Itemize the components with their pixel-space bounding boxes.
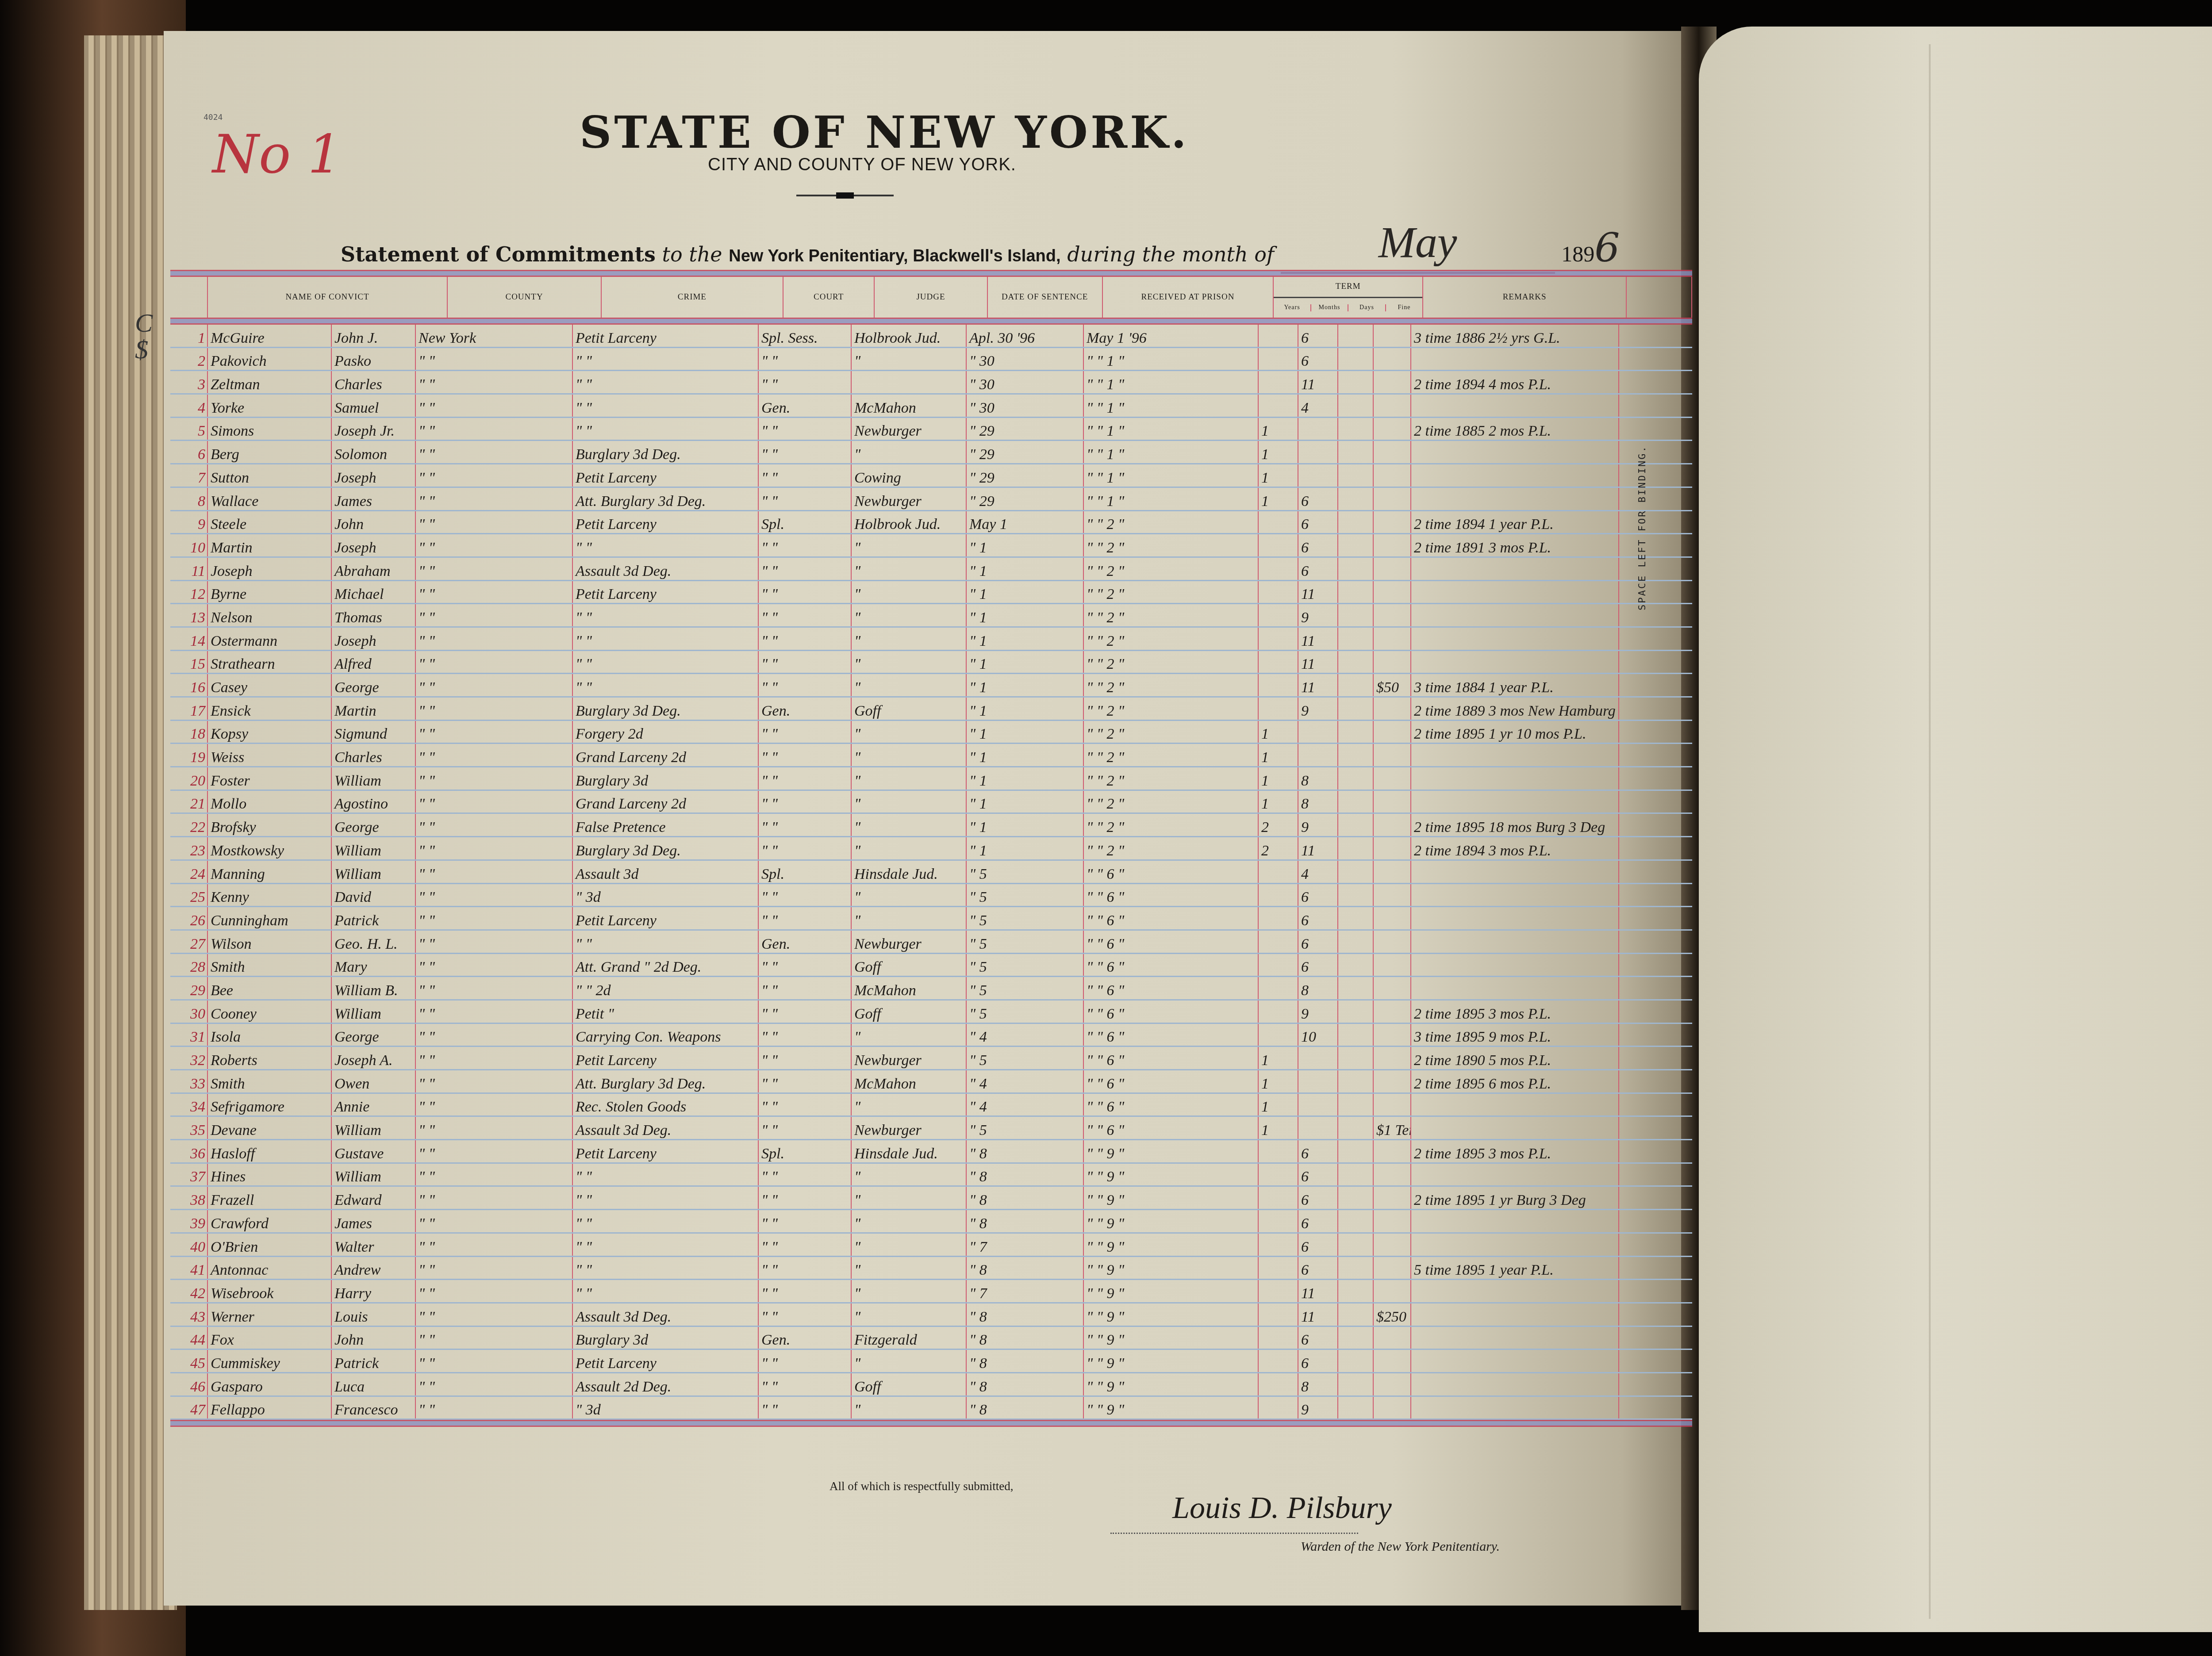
court: " " (759, 1373, 852, 1395)
convict-surname: Steele (208, 511, 332, 533)
county: " " (416, 511, 573, 533)
binding-space (1619, 1327, 1686, 1349)
county: " " (416, 1257, 573, 1279)
crime: " " (573, 1164, 759, 1186)
remarks (1411, 558, 1619, 580)
county: " " (416, 1280, 573, 1302)
page-stack (84, 35, 177, 1610)
year-handwritten: 6 (1594, 225, 1620, 271)
date-of-sentence: " 4 (967, 1070, 1084, 1092)
crime: Assault 2d Deg. (573, 1373, 759, 1395)
remarks (1411, 1164, 1619, 1186)
term-months (1298, 1094, 1338, 1116)
header-judge: JUDGE (875, 277, 987, 318)
convict-surname: Casey (208, 674, 332, 696)
judge: " (852, 1350, 967, 1372)
received-at-prison: " " 1 " (1084, 371, 1259, 393)
convict-given-name: David (332, 884, 416, 906)
fine (1374, 558, 1411, 580)
term-years: 1 (1259, 744, 1298, 766)
received-at-prison: " " 9 " (1084, 1234, 1259, 1256)
term-days (1338, 861, 1374, 883)
date-of-sentence: " 8 (967, 1164, 1084, 1186)
received-at-prison: " " 6 " (1084, 1117, 1259, 1139)
term-months: 10 (1298, 1024, 1338, 1046)
convict-surname: Smith (208, 1070, 332, 1092)
judge: " (852, 814, 967, 836)
court: " " (759, 604, 852, 626)
table-row: 14OstermannJoseph" "" "" """ 1" " 2 "11 (170, 628, 1692, 651)
convict-surname: Brofsky (208, 814, 332, 836)
county: " " (416, 1047, 573, 1069)
convict-given-name: Geo. H. L. (332, 931, 416, 953)
table-row: 29BeeWilliam B." "" " 2d" "McMahon" 5" "… (170, 977, 1692, 1000)
date-of-sentence: " 5 (967, 1047, 1084, 1069)
page-mark: 4024 (204, 113, 223, 122)
term-months: 8 (1298, 767, 1338, 790)
fine (1374, 395, 1411, 417)
row-number: 5 (170, 418, 208, 440)
binding-space (1619, 1047, 1686, 1069)
received-at-prison: " " 9 " (1084, 1327, 1259, 1349)
court: " " (759, 418, 852, 440)
received-at-prison: " " 2 " (1084, 744, 1259, 766)
judge: " (852, 1303, 967, 1326)
row-number: 44 (170, 1327, 208, 1349)
crime: Forgery 2d (573, 721, 759, 743)
term-years: 1 (1259, 441, 1298, 463)
court: " " (759, 1117, 852, 1139)
date-of-sentence: " 7 (967, 1234, 1084, 1256)
county: " " (416, 628, 573, 650)
court: " " (759, 348, 852, 370)
crime: Assault 3d Deg. (573, 1117, 759, 1139)
county: " " (416, 744, 573, 766)
received-at-prison: " " 2 " (1084, 511, 1259, 533)
header-date-of-sentence: DATE OF SENTENCE (988, 277, 1103, 318)
row-number: 47 (170, 1397, 208, 1419)
convict-given-name: William B. (332, 977, 416, 999)
term-months: 11 (1298, 674, 1338, 696)
binding-space (1619, 767, 1686, 790)
crime: Burglary 3d (573, 767, 759, 790)
court: " " (759, 837, 852, 859)
date-of-sentence: " 8 (967, 1257, 1084, 1279)
remarks: 5 time 1895 1 year P.L. (1411, 1257, 1619, 1279)
term-days (1338, 511, 1374, 533)
convict-surname: Byrne (208, 581, 332, 603)
court: Gen. (759, 698, 852, 720)
convict-given-name: William (332, 767, 416, 790)
received-at-prison: " " 2 " (1084, 791, 1259, 813)
crime: Petit Larceny (573, 511, 759, 533)
table-row: 37HinesWilliam" "" "" """ 8" " 9 "6 (170, 1164, 1692, 1187)
remarks: 2 time 1889 3 mos New Hamburg (1411, 698, 1619, 720)
county: " " (416, 464, 573, 487)
term-days (1338, 325, 1374, 347)
term-years (1259, 931, 1298, 953)
fine (1374, 581, 1411, 603)
convict-surname: Berg (208, 441, 332, 463)
convict-surname: Ostermann (208, 628, 332, 650)
court: " " (759, 814, 852, 836)
binding-space (1619, 977, 1686, 999)
crime: Petit " (573, 1000, 759, 1023)
date-of-sentence: " 4 (967, 1024, 1084, 1046)
judge: Goff (852, 698, 967, 720)
judge: Hinsdale Jud. (852, 1140, 967, 1162)
county: " " (416, 1210, 573, 1232)
fine (1374, 767, 1411, 790)
judge: " (852, 1257, 967, 1279)
remarks (1411, 884, 1619, 906)
row-number: 7 (170, 464, 208, 487)
date-of-sentence: " 8 (967, 1210, 1084, 1232)
remarks (1411, 977, 1619, 999)
convict-surname: Joseph (208, 558, 332, 580)
term-days (1338, 744, 1374, 766)
fine (1374, 1257, 1411, 1279)
table-row: 2PakovichPasko" "" "" """ 30" " 1 "6 (170, 348, 1692, 372)
row-number: 45 (170, 1350, 208, 1372)
row-number: 33 (170, 1070, 208, 1092)
remarks (1411, 744, 1619, 766)
court: " " (759, 1164, 852, 1186)
table-row: 17EnsickMartin" "Burglary 3d Deg.Gen.Gof… (170, 698, 1692, 721)
table-row: 36HasloffGustave" "Petit LarcenySpl.Hins… (170, 1140, 1692, 1164)
convict-surname: Cooney (208, 1000, 332, 1023)
table-bottom-rule (170, 1420, 1692, 1427)
term-days (1338, 674, 1374, 696)
table-row: 6BergSolomon" "Burglary 3d Deg." """ 29"… (170, 441, 1692, 464)
convict-given-name: Joseph Jr. (332, 418, 416, 440)
term-days (1338, 1000, 1374, 1023)
received-at-prison: " " 2 " (1084, 651, 1259, 673)
term-days (1338, 1397, 1374, 1419)
term-days (1338, 488, 1374, 510)
county: " " (416, 1350, 573, 1372)
received-at-prison: May 1 '96 (1084, 325, 1259, 347)
judge: McMahon (852, 1070, 967, 1092)
court: Gen. (759, 931, 852, 953)
statement-to-the: to the (662, 242, 722, 266)
date-of-sentence: " 8 (967, 1187, 1084, 1209)
convict-given-name: Andrew (332, 1257, 416, 1279)
date-of-sentence: Apl. 30 '96 (967, 325, 1084, 347)
judge: " (852, 1164, 967, 1186)
term-days (1338, 1117, 1374, 1139)
month-field: May (1281, 221, 1555, 274)
judge: " (852, 884, 967, 906)
table-row: 38FrazellEdward" "" "" """ 8" " 9 "62 ti… (170, 1187, 1692, 1210)
table-row: 16CaseyGeorge" "" "" """ 1" " 2 "11$503 … (170, 674, 1692, 698)
term-months: 6 (1298, 1327, 1338, 1349)
term-years (1259, 581, 1298, 603)
fine (1374, 1210, 1411, 1232)
county: " " (416, 814, 573, 836)
statement-institution: New York Penitentiary, Blackwell's Islan… (729, 247, 1060, 265)
fine (1374, 1047, 1411, 1069)
county: " " (416, 395, 573, 417)
remarks: 2 time 1890 5 mos P.L. (1411, 1047, 1619, 1069)
row-number: 3 (170, 371, 208, 393)
page-subtitle: CITY AND COUNTY OF NEW YORK. (708, 155, 1016, 175)
county: " " (416, 1070, 573, 1092)
received-at-prison: " " 9 " (1084, 1187, 1259, 1209)
term-years (1259, 604, 1298, 626)
date-of-sentence: " 1 (967, 791, 1084, 813)
received-at-prison: " " 2 " (1084, 674, 1259, 696)
term-days (1338, 767, 1374, 790)
convict-surname: Frazell (208, 1187, 332, 1209)
remarks: 2 time 1895 3 mos P.L. (1411, 1000, 1619, 1023)
term-days (1338, 931, 1374, 953)
remarks (1411, 1280, 1619, 1302)
convict-surname: Wallace (208, 488, 332, 510)
term-months: 9 (1298, 1000, 1338, 1023)
term-months: 6 (1298, 534, 1338, 556)
received-at-prison: " " 1 " (1084, 488, 1259, 510)
term-months: 11 (1298, 1280, 1338, 1302)
judge: " (852, 558, 967, 580)
convict-given-name: Mary (332, 954, 416, 976)
date-of-sentence: " 29 (967, 441, 1084, 463)
term-months: 11 (1298, 837, 1338, 859)
convict-given-name: Alfred (332, 651, 416, 673)
term-years (1259, 628, 1298, 650)
crime: Carrying Con. Weapons (573, 1024, 759, 1046)
convict-given-name: Luca (332, 1373, 416, 1395)
term-months: 9 (1298, 1397, 1338, 1419)
fine (1374, 814, 1411, 836)
county: " " (416, 977, 573, 999)
fine (1374, 441, 1411, 463)
remarks: 2 time 1895 3 mos P.L. (1411, 1140, 1619, 1162)
binding-space (1619, 1257, 1686, 1279)
court: " " (759, 441, 852, 463)
court: Spl. (759, 1140, 852, 1162)
received-at-prison: " " 6 " (1084, 907, 1259, 929)
remarks (1411, 581, 1619, 603)
statement-suffix: during the month of (1067, 242, 1274, 266)
term-years (1259, 977, 1298, 999)
convict-given-name: George (332, 814, 416, 836)
term-years (1259, 1210, 1298, 1232)
binding-space (1619, 744, 1686, 766)
ornament-divider (796, 195, 894, 196)
received-at-prison: " " 1 " (1084, 464, 1259, 487)
fine (1374, 604, 1411, 626)
remarks: 2 time 1895 6 mos P.L. (1411, 1070, 1619, 1092)
crime: Rec. Stolen Goods (573, 1094, 759, 1116)
term-days (1338, 418, 1374, 440)
fine (1374, 791, 1411, 813)
remarks (1411, 1210, 1619, 1232)
convict-given-name: Samuel (332, 395, 416, 417)
crime: " " (573, 534, 759, 556)
row-number: 23 (170, 837, 208, 859)
table-row: 30CooneyWilliam" "Petit "" "Goff" 5" " 6… (170, 1000, 1692, 1024)
county: " " (416, 1234, 573, 1256)
received-at-prison: " " 9 " (1084, 1280, 1259, 1302)
binding-space (1619, 628, 1686, 650)
court: " " (759, 721, 852, 743)
county: " " (416, 721, 573, 743)
date-of-sentence: " 8 (967, 1350, 1084, 1372)
table-row: 27WilsonGeo. H. L." "" "Gen.Newburger" 5… (170, 931, 1692, 954)
county: " " (416, 441, 573, 463)
judge: " (852, 651, 967, 673)
term-days (1338, 977, 1374, 999)
judge: " (852, 581, 967, 603)
court: " " (759, 651, 852, 673)
date-of-sentence: " 1 (967, 534, 1084, 556)
received-at-prison: " " 6 " (1084, 931, 1259, 953)
received-at-prison: " " 9 " (1084, 1164, 1259, 1186)
table-row: 9SteeleJohn" "Petit LarcenySpl.Holbrook … (170, 511, 1692, 535)
term-years (1259, 371, 1298, 393)
term-years (1259, 698, 1298, 720)
table-row: 45CummiskeyPatrick" "Petit Larceny" """ … (170, 1350, 1692, 1373)
fine (1374, 1373, 1411, 1395)
judge: " (852, 907, 967, 929)
header-fine: Fine (1386, 304, 1422, 311)
crime: Petit Larceny (573, 1140, 759, 1162)
court: " " (759, 1303, 852, 1326)
convict-surname: Pakovich (208, 348, 332, 370)
fine (1374, 1024, 1411, 1046)
term-days (1338, 791, 1374, 813)
row-number: 10 (170, 534, 208, 556)
fine (1374, 651, 1411, 673)
binding-space (1619, 488, 1686, 510)
table-row: 35DevaneWilliam" "Assault 3d Deg." "Newb… (170, 1117, 1692, 1140)
binding-space (1619, 721, 1686, 743)
county: " " (416, 1000, 573, 1023)
year-printed: 189 (1561, 241, 1594, 266)
remarks: 2 time 1891 3 mos P.L. (1411, 534, 1619, 556)
judge: McMahon (852, 395, 967, 417)
row-number: 20 (170, 767, 208, 790)
fine (1374, 1000, 1411, 1023)
remarks (1411, 1094, 1619, 1116)
judge: " (852, 1210, 967, 1232)
term-years (1259, 1327, 1298, 1349)
term-days (1338, 1164, 1374, 1186)
term-months (1298, 464, 1338, 487)
crime: " " (573, 1280, 759, 1302)
received-at-prison: " " 2 " (1084, 767, 1259, 790)
commitments-ledger: NAME OF CONVICT COUNTY CRIME COURT JUDGE… (170, 270, 1692, 1427)
convict-given-name: Solomon (332, 441, 416, 463)
term-days (1338, 884, 1374, 906)
county: " " (416, 861, 573, 883)
date-of-sentence: " 5 (967, 861, 1084, 883)
row-number: 8 (170, 488, 208, 510)
county: " " (416, 651, 573, 673)
date-of-sentence: " 5 (967, 907, 1084, 929)
judge: " (852, 604, 967, 626)
county: " " (416, 837, 573, 859)
received-at-prison: " " 1 " (1084, 418, 1259, 440)
term-years: 2 (1259, 837, 1298, 859)
term-years (1259, 511, 1298, 533)
term-years (1259, 1000, 1298, 1023)
row-number: 15 (170, 651, 208, 673)
fine (1374, 744, 1411, 766)
convict-given-name: George (332, 1024, 416, 1046)
binding-space (1619, 418, 1686, 440)
margin-marks: C $ (135, 310, 153, 363)
judge: " (852, 1280, 967, 1302)
remarks (1411, 1373, 1619, 1395)
binding-space (1619, 464, 1686, 487)
county: " " (416, 1397, 573, 1419)
convict-given-name: Agostino (332, 791, 416, 813)
term-months (1298, 1070, 1338, 1092)
crime: " " (573, 1257, 759, 1279)
court: " " (759, 1397, 852, 1419)
row-number: 17 (170, 698, 208, 720)
date-of-sentence: " 29 (967, 418, 1084, 440)
binding-space (1619, 1187, 1686, 1209)
convict-given-name: Charles (332, 744, 416, 766)
judge: Cowing (852, 464, 967, 487)
court: " " (759, 1094, 852, 1116)
received-at-prison: " " 6 " (1084, 954, 1259, 976)
convict-given-name: Edward (332, 1187, 416, 1209)
row-number: 31 (170, 1024, 208, 1046)
binding-space (1619, 814, 1686, 836)
convict-surname: Simons (208, 418, 332, 440)
term-years (1259, 1234, 1298, 1256)
county: " " (416, 488, 573, 510)
court: " " (759, 1187, 852, 1209)
court: " " (759, 1070, 852, 1092)
table-row: 5SimonsJoseph Jr." "" "" "Newburger" 29"… (170, 418, 1692, 441)
row-number: 18 (170, 721, 208, 743)
crime: " " (573, 604, 759, 626)
table-row: 4YorkeSamuel" "" "Gen.McMahon" 30" " 1 "… (170, 395, 1692, 418)
crime: Assault 3d Deg. (573, 1303, 759, 1326)
term-days (1338, 1094, 1374, 1116)
crime: " " (573, 395, 759, 417)
convict-given-name: Martin (332, 698, 416, 720)
term-years (1259, 1187, 1298, 1209)
table-row: 11JosephAbraham" "Assault 3d Deg." """ 1… (170, 558, 1692, 581)
register-number: No 1 (212, 124, 342, 185)
crime: Att. Burglary 3d Deg. (573, 488, 759, 510)
crime: Petit Larceny (573, 907, 759, 929)
judge: Fitzgerald (852, 1327, 967, 1349)
crime: " " (573, 674, 759, 696)
convict-given-name: John (332, 1327, 416, 1349)
binding-note: SPACE LEFT FOR BINDING. (1637, 445, 1648, 610)
term-months (1298, 418, 1338, 440)
row-number: 42 (170, 1280, 208, 1302)
convict-surname: Wilson (208, 931, 332, 953)
judge: " (852, 767, 967, 790)
term-years: 1 (1259, 721, 1298, 743)
term-days (1338, 837, 1374, 859)
term-years (1259, 395, 1298, 417)
crime: Petit Larceny (573, 325, 759, 347)
crime: Att. Grand " 2d Deg. (573, 954, 759, 976)
county: " " (416, 1164, 573, 1186)
date-of-sentence: " 29 (967, 464, 1084, 487)
table-row: 25KennyDavid" "" 3d" """ 5" " 6 "6 (170, 884, 1692, 908)
convict-surname: Zeltman (208, 371, 332, 393)
